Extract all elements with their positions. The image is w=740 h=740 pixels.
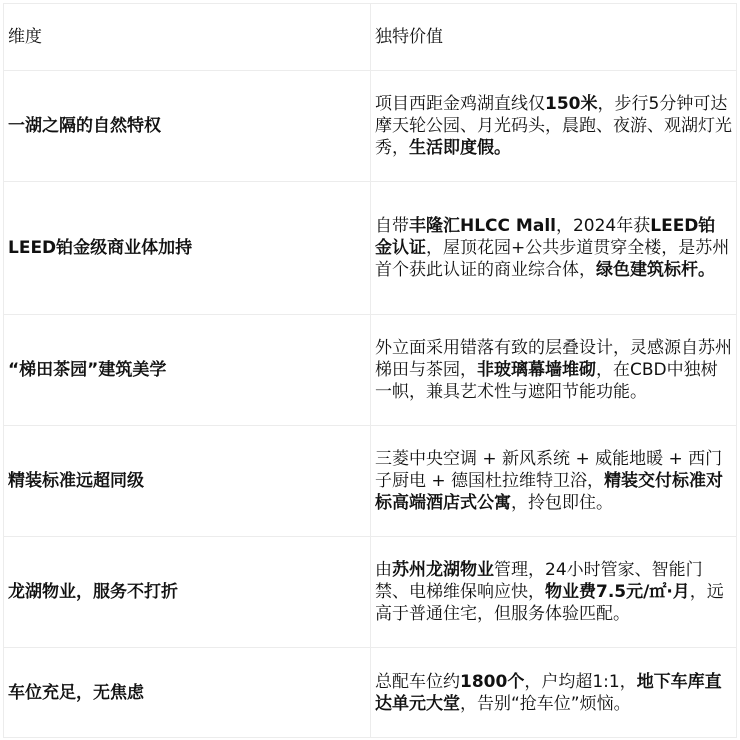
row-value: 由苏州龙湖物业管理，24小时管家、智能门禁、电梯维保响应快，物业费7.5元/㎡·…	[371, 537, 737, 648]
table-row: LEED铂金级商业体加持 自带丰隆汇HLCC Mall，2024年获LEED铂金…	[4, 182, 737, 315]
value-text: ，户均超1:1，	[524, 672, 636, 692]
header-dimension: 维度	[4, 4, 371, 71]
value-highlight: 150米	[545, 94, 598, 114]
row-dimension: 车位充足，无焦虑	[4, 648, 371, 738]
table-row: 一湖之隔的自然特权 项目西距金鸡湖直线仅150米，步行5分钟可达摩天轮公园、月光…	[4, 71, 737, 182]
row-dimension: “梯田茶园”建筑美学	[4, 315, 371, 426]
row-dimension: 精装标准远超同级	[4, 426, 371, 537]
row-value: 总配车位约1800个，户均超1:1，地下车库直达单元大堂，告别“抢车位”烦恼。	[371, 648, 737, 738]
value-highlight: 物业费7.5元/㎡·月	[545, 582, 690, 602]
table-row: “梯田茶园”建筑美学 外立面采用错落有致的层叠设计，灵感源自苏州梯田与茶园，非玻…	[4, 315, 737, 426]
row-value: 自带丰隆汇HLCC Mall，2024年获LEED铂金认证，屋顶花园+公共步道贯…	[371, 182, 737, 315]
row-dimension: LEED铂金级商业体加持	[4, 182, 371, 315]
row-dimension: 龙湖物业，服务不打折	[4, 537, 371, 648]
value-highlight: 丰隆汇HLCC Mall	[409, 216, 556, 236]
value-text: 项目西距金鸡湖直线仅	[375, 94, 545, 114]
value-text: ，拎包即住。	[511, 493, 613, 513]
value-highlight: 非玻璃幕墙堆砌	[477, 360, 596, 380]
value-highlight: 生活即度假。	[409, 138, 511, 158]
value-text: ，告别“抢车位”烦恼。	[460, 694, 631, 714]
value-highlight: 1800个	[460, 672, 524, 692]
value-text: ，2024年获	[556, 216, 650, 236]
value-highlight: 绿色建筑标杆。	[596, 260, 715, 280]
value-text: 由	[375, 560, 392, 580]
table-row: 车位充足，无焦虑 总配车位约1800个，户均超1:1，地下车库直达单元大堂，告别…	[4, 648, 737, 738]
value-table: 维度 独特价值 一湖之隔的自然特权 项目西距金鸡湖直线仅150米，步行5分钟可达…	[3, 3, 737, 738]
value-highlight: 苏州龙湖物业	[392, 560, 494, 580]
value-text: 总配车位约	[375, 672, 460, 692]
table-row: 龙湖物业，服务不打折 由苏州龙湖物业管理，24小时管家、智能门禁、电梯维保响应快…	[4, 537, 737, 648]
table-header-row: 维度 独特价值	[4, 4, 737, 71]
row-value: 外立面采用错落有致的层叠设计，灵感源自苏州梯田与茶园，非玻璃幕墙堆砌，在CBD中…	[371, 315, 737, 426]
header-value: 独特价值	[371, 4, 737, 71]
value-text: 自带	[375, 216, 409, 236]
row-dimension: 一湖之隔的自然特权	[4, 71, 371, 182]
row-value: 三菱中央空调 + 新风系统 + 威能地暖 + 西门子厨电 + 德国杜拉维特卫浴，…	[371, 426, 737, 537]
row-value: 项目西距金鸡湖直线仅150米，步行5分钟可达摩天轮公园、月光码头，晨跑、夜游、观…	[371, 71, 737, 182]
table-row: 精装标准远超同级 三菱中央空调 + 新风系统 + 威能地暖 + 西门子厨电 + …	[4, 426, 737, 537]
